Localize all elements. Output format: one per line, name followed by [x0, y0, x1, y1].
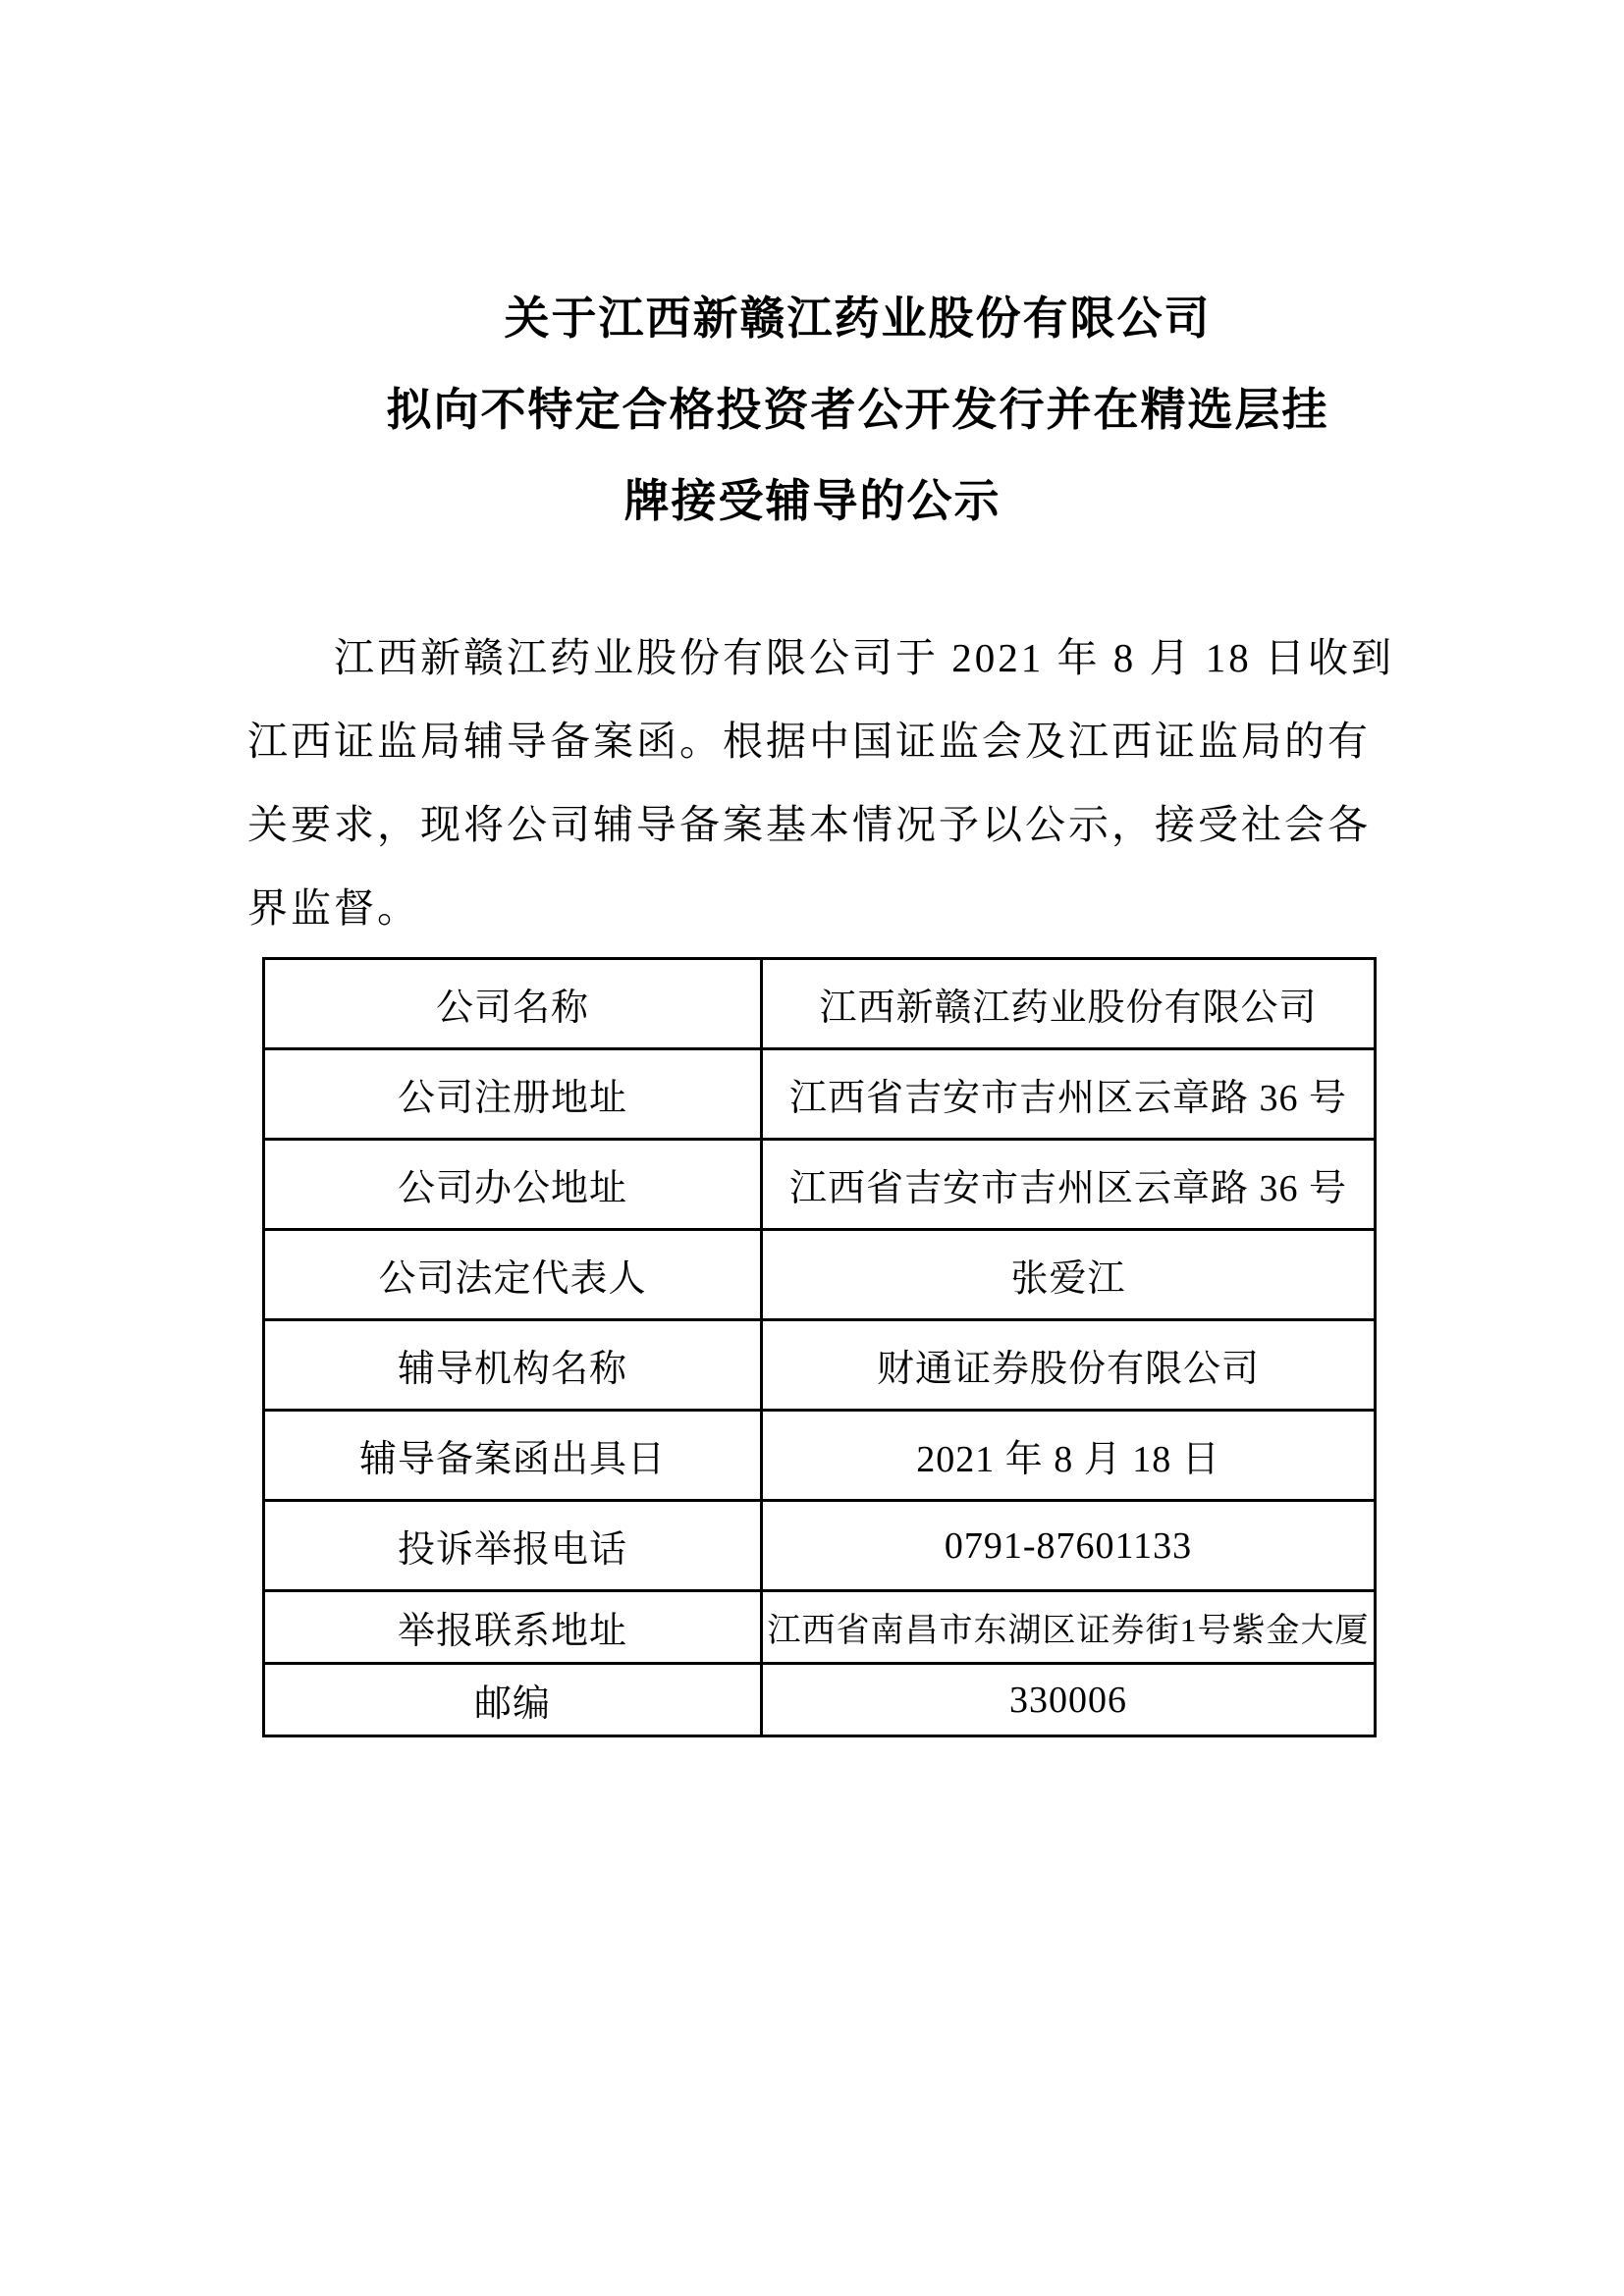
- title-line-2: 拟向不特定合格投资者公开发行并在精选层挂: [338, 364, 1378, 455]
- table-row-postal-code: 邮编 330006: [264, 1664, 1376, 1736]
- row-label: 投诉举报电话: [264, 1501, 762, 1591]
- row-value: 江西新赣江药业股份有限公司: [762, 959, 1376, 1049]
- table-row-tutoring-institution: 辅导机构名称 财通证券股份有限公司: [264, 1320, 1376, 1411]
- document-title: 关于江西新赣江药业股份有限公司 拟向不特定合格投资者公开发行并在精选层挂 牌接受…: [247, 273, 1378, 547]
- row-value: 江西省吉安市吉州区云章路 36 号: [762, 1140, 1376, 1230]
- row-label: 公司办公地址: [264, 1140, 762, 1230]
- table-row-office-address: 公司办公地址 江西省吉安市吉州区云章路 36 号: [264, 1140, 1376, 1230]
- row-value: 财通证券股份有限公司: [762, 1320, 1376, 1411]
- row-label: 辅导机构名称: [264, 1320, 762, 1411]
- row-value: 江西省吉安市吉州区云章路 36 号: [762, 1049, 1376, 1140]
- row-label: 公司名称: [264, 959, 762, 1049]
- table-row-report-contact-address: 举报联系地址 江西省南昌市东湖区证券街1号紫金大厦: [264, 1591, 1376, 1664]
- table-row-registered-address: 公司注册地址 江西省吉安市吉州区云章路 36 号: [264, 1049, 1376, 1140]
- body-line-2: 江西证监局辅导备案函。根据中国证监会及江西证监局的有: [247, 700, 1386, 783]
- body-line-3: 关要求，现将公司辅导备案基本情况予以公示，接受社会各: [247, 783, 1386, 867]
- row-value: 张爱江: [762, 1230, 1376, 1320]
- document-page: 关于江西新赣江药业股份有限公司 拟向不特定合格投资者公开发行并在精选层挂 牌接受…: [0, 0, 1624, 2296]
- body-paragraph: 江西新赣江药业股份有限公司于 2021 年 8 月 18 日收到 江西证监局辅导…: [247, 616, 1386, 950]
- row-label: 公司注册地址: [264, 1049, 762, 1140]
- row-label: 辅导备案函出具日: [264, 1411, 762, 1501]
- table-row-legal-representative: 公司法定代表人 张爱江: [264, 1230, 1376, 1320]
- row-value: 0791-87601133: [762, 1501, 1376, 1591]
- table-row-company-name: 公司名称 江西新赣江药业股份有限公司: [264, 959, 1376, 1049]
- body-line-1: 江西新赣江药业股份有限公司于 2021 年 8 月 18 日收到: [247, 616, 1386, 700]
- row-label: 邮编: [264, 1664, 762, 1736]
- title-line-3: 牌接受辅导的公示: [247, 455, 1378, 547]
- table-row-complaint-phone: 投诉举报电话 0791-87601133: [264, 1501, 1376, 1591]
- row-value: 2021 年 8 月 18 日: [762, 1411, 1376, 1501]
- row-value: 330006: [762, 1664, 1376, 1736]
- row-value: 江西省南昌市东湖区证券街1号紫金大厦: [762, 1591, 1376, 1664]
- body-line-4: 界监督。: [247, 867, 1386, 950]
- table-row-filing-letter-date: 辅导备案函出具日 2021 年 8 月 18 日: [264, 1411, 1376, 1501]
- filing-info-table: 公司名称 江西新赣江药业股份有限公司 公司注册地址 江西省吉安市吉州区云章路 3…: [262, 957, 1377, 1737]
- row-label: 举报联系地址: [264, 1591, 762, 1664]
- row-label: 公司法定代表人: [264, 1230, 762, 1320]
- title-line-1: 关于江西新赣江药业股份有限公司: [338, 273, 1378, 364]
